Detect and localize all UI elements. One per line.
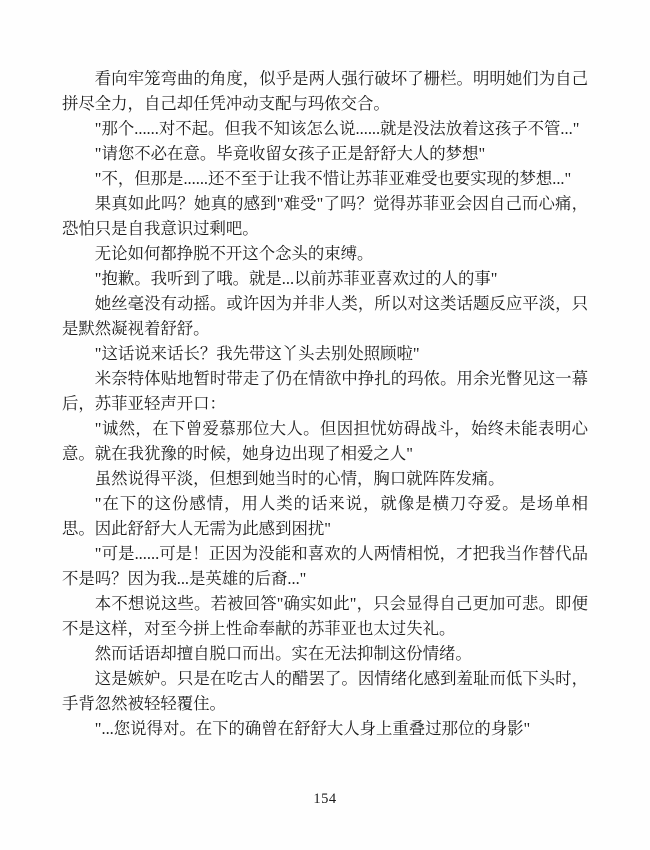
paragraph: "抱歉。我听到了哦。就是...以前苏菲亚喜欢过的人的事": [62, 266, 588, 291]
paragraph: "诚然，在下曾爱慕那位大人。但因担忧妨碍战斗，始终未能表明心意。就在我犹豫的时候…: [62, 416, 588, 466]
paragraph: "可是......可是！正因为没能和喜欢的人两情相悦，才把我当作替代品不是吗？因…: [62, 541, 588, 591]
book-page: 看向牢笼弯曲的角度，似乎是两人强行破坏了栅栏。明明她们为自己拼尽全力，自己却任凭…: [0, 0, 650, 850]
paragraph: 然而话语却擅自脱口而出。实在无法抑制这份情绪。: [62, 641, 588, 666]
paragraph: 米奈特体贴地暂时带走了仍在情欲中挣扎的玛侬。用余光瞥见这一幕后，苏菲亚轻声开口：: [62, 366, 588, 416]
paragraph: 本不想说这些。若被回答"确实如此"，只会显得自己更加可悲。即便不是这样，对至今拼…: [62, 591, 588, 641]
paragraph: 无论如何都挣脱不开这个念头的束缚。: [62, 241, 588, 266]
paragraph: "这话说来话长？我先带这丫头去别处照顾啦": [62, 341, 588, 366]
paragraph: 她丝毫没有动摇。或许因为并非人类，所以对这类话题反应平淡，只是默然凝视着舒舒。: [62, 291, 588, 341]
paragraph: "...您说得对。在下的确曾在舒舒大人身上重叠过那位的身影": [62, 716, 588, 741]
paragraph: 这是嫉妒。只是在吃古人的醋罢了。因情绪化感到羞耻而低下头时，手背忽然被轻轻覆住。: [62, 666, 588, 716]
paragraph: "那个......对不起。但我不知该怎么说......就是没法放着这孩子不管..…: [62, 116, 588, 141]
paragraph: 虽然说得平淡，但想到她当时的心情，胸口就阵阵发痛。: [62, 466, 588, 491]
paragraph: 果真如此吗？她真的感到"难受"了吗？觉得苏菲亚会因自己而心痛，恐怕只是自我意识过…: [62, 191, 588, 241]
paragraph: "在下的这份感情，用人类的话来说，就像是横刀夺爱。是场单相思。因此舒舒大人无需为…: [62, 491, 588, 541]
page-number: 154: [0, 791, 650, 808]
paragraph: "不，但那是......还不至于让我不惜让苏菲亚难受也要实现的梦想...": [62, 166, 588, 191]
paragraph: 看向牢笼弯曲的角度，似乎是两人强行破坏了栅栏。明明她们为自己拼尽全力，自己却任凭…: [62, 66, 588, 116]
paragraph: "请您不必在意。毕竟收留女孩子正是舒舒大人的梦想": [62, 141, 588, 166]
page-text: 看向牢笼弯曲的角度，似乎是两人强行破坏了栅栏。明明她们为自己拼尽全力，自己却任凭…: [62, 66, 588, 741]
